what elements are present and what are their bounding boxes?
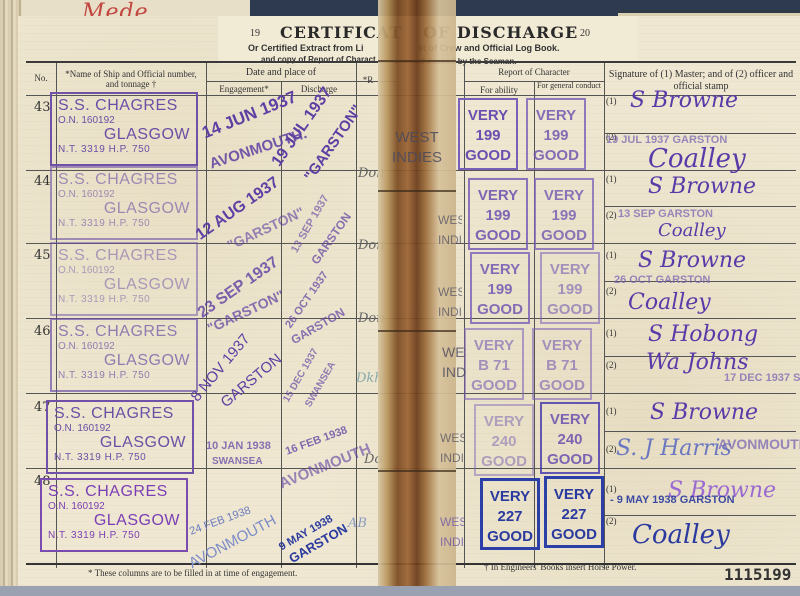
sig-marker-1: (1): [606, 174, 617, 184]
stamp-text: GOOD: [476, 452, 532, 472]
header-report: Report of Character: [466, 67, 602, 77]
voyage-line: INDIES: [440, 448, 464, 468]
ship-stamp: S.S. CHAGRES O.N. 160192 GLASGOW N.T. 33…: [46, 400, 194, 474]
stamp-text: VERY: [547, 485, 601, 505]
stamp-code: 199: [470, 206, 526, 226]
voyage-description: WESTINDIES: [438, 282, 462, 322]
master-signature: S Browne: [638, 248, 746, 273]
voyage-line: INDIES: [392, 148, 442, 168]
stamp-text: VERY: [536, 186, 592, 206]
tonnage: N.T. 3319 H.P. 750: [48, 530, 180, 541]
underlying-page: [0, 586, 800, 596]
voyage-description: WESTINDIES: [440, 428, 464, 468]
sig-marker-1: (1): [606, 250, 617, 260]
rating-entry: AB: [348, 516, 367, 531]
official-number: O.N. 160192: [58, 115, 190, 126]
ship-stamp: S.S. CHAGRES O.N. 160192 GLASGOW N.T. 33…: [50, 242, 198, 316]
footnote-horse-power: † In Engineers' Books insert Horse Power…: [484, 562, 636, 572]
ship-name: S.S. CHAGRES: [58, 247, 190, 265]
ability-stamp: VERY199GOOD: [468, 178, 528, 250]
tonnage: N.T. 3319 H.P. 750: [58, 144, 190, 155]
sig-line: [604, 431, 796, 432]
official-stamp: - 9 MAY 1938 GARSTON: [610, 494, 735, 506]
stamp-code: 227: [547, 505, 601, 525]
stamp-code: 240: [542, 430, 598, 450]
spine-stitch: [378, 330, 456, 332]
subtitle-left: Or Certified Extract from Li: [248, 43, 364, 53]
voyage-line: WEST: [392, 128, 442, 148]
serial-number: 1115199: [724, 565, 791, 584]
spine-stitch: [378, 60, 456, 62]
row-number: 43: [34, 100, 51, 115]
conduct-stamp: VERY227GOOD: [544, 476, 604, 548]
stamp-text: VERY: [466, 336, 522, 356]
official-number: O.N. 160192: [48, 501, 180, 512]
ship-stamp: S.S. CHAGRES O.N. 160192 GLASGOW N.T. 33…: [40, 478, 188, 552]
stamp-code: 227: [483, 507, 537, 527]
ship-name: S.S. CHAGRES: [48, 483, 180, 501]
ship-name: S.S. CHAGRES: [58, 171, 190, 189]
stamp-text: GOOD: [483, 527, 537, 547]
stamp-text: VERY: [534, 336, 590, 356]
sig-marker-1: (1): [606, 406, 617, 416]
ship-stamp: S.S. CHAGRES O.N. 160192 GLASGOW N.T. 33…: [50, 318, 198, 392]
stamp-code: B 71: [534, 356, 590, 376]
voyage-line: INDIES: [442, 362, 466, 382]
officer-signature: Coalley: [632, 520, 730, 550]
officer-signature: Coalley: [628, 290, 711, 315]
stamp-text: GOOD: [470, 226, 526, 246]
engagement-date-stamp: 10 JAN 1938: [206, 440, 271, 452]
ability-stamp: VERY240GOOD: [474, 404, 534, 476]
stamp-text: GOOD: [528, 146, 584, 166]
voyage-line: INDIES: [440, 532, 464, 552]
ship-stamp: S.S. CHAGRES O.N. 160192 GLASGOW N.T. 33…: [50, 166, 198, 240]
officer-signature: Coalley: [658, 220, 726, 241]
port-of-registry: GLASGOW: [58, 352, 190, 370]
voyage-line: WEST: [438, 210, 462, 230]
header-date-place: Date and place of: [206, 68, 356, 78]
stamp-code: 199: [460, 126, 516, 146]
master-signature: S Browne: [648, 174, 756, 199]
sig-marker-2: (2): [606, 516, 617, 526]
ship-name: S.S. CHAGRES: [58, 323, 190, 341]
sig-marker-2: (2): [606, 360, 617, 370]
header-no: No.: [28, 73, 54, 83]
header-rating: *R: [358, 75, 378, 85]
header-ability: For ability: [466, 85, 532, 95]
voyage-description: WESTINDIES: [392, 128, 442, 168]
conduct-stamp: VERY199GOOD: [540, 252, 600, 324]
official-stamp: AVONMOUTH: [718, 436, 800, 452]
ship-name: S.S. CHAGRES: [54, 405, 186, 423]
ship-stamp: S.S. CHAGRES O.N. 160192 GLASGOW N.T. 33…: [50, 92, 198, 166]
voyage-description: WESTINDIES: [442, 342, 466, 382]
port-of-registry: GLASGOW: [58, 276, 190, 294]
official-number: O.N. 160192: [54, 423, 186, 434]
sig-marker-2: (2): [606, 210, 617, 220]
stamp-text: VERY: [542, 260, 598, 280]
officer-signature: S. J Harris: [616, 436, 732, 461]
spine-stitch: [378, 190, 456, 192]
voyage-description: WESTINDIES: [438, 210, 462, 250]
port-of-registry: GLASGOW: [58, 126, 190, 144]
tonnage: N.T. 3319 H.P. 750: [54, 452, 186, 463]
port-of-registry: GLASGOW: [54, 434, 186, 452]
stamp-code: 199: [536, 206, 592, 226]
stamp-code: 240: [476, 432, 532, 452]
year-prefix-left: 19: [250, 28, 260, 39]
year-prefix-right: 20: [580, 28, 590, 39]
voyage-line: INDIES: [438, 302, 462, 322]
footnote-engagement: * These columns are to be filled in at t…: [88, 568, 297, 578]
officer-signature: Coalley: [648, 144, 746, 174]
ability-stamp: VERY227GOOD: [480, 478, 540, 550]
header-conduct: For general conduct: [536, 82, 602, 90]
sig-line: [604, 515, 796, 516]
stamp-text: GOOD: [472, 300, 528, 320]
stamp-text: VERY: [542, 410, 598, 430]
official-stamp: 17 DEC 1937 SWANSEA: [724, 372, 800, 384]
tonnage: N.T. 3319 H.P. 750: [58, 218, 190, 229]
sig-marker-1: (1): [606, 328, 617, 338]
sig-line: [604, 206, 796, 207]
tonnage: N.T. 3319 H.P. 750: [58, 294, 190, 305]
ship-name: S.S. CHAGRES: [58, 97, 190, 115]
row-number: 44: [34, 174, 51, 189]
conduct-stamp: VERY199GOOD: [534, 178, 594, 250]
stamp-text: VERY: [483, 487, 537, 507]
stamp-text: VERY: [528, 106, 584, 126]
stamp-code: 199: [542, 280, 598, 300]
voyage-description: WESTINDIES: [440, 512, 464, 552]
ability-stamp: VERYB 71GOOD: [464, 328, 524, 400]
official-stamp: 26 OCT GARSTON: [614, 274, 710, 286]
stamp-text: VERY: [472, 260, 528, 280]
sig-marker-2: (2): [606, 286, 617, 296]
conduct-stamp: VERY199GOOD: [526, 98, 586, 170]
stamp-text: GOOD: [542, 450, 598, 470]
col-divider: [356, 63, 357, 568]
stamp-text: GOOD: [536, 226, 592, 246]
stamp-text: GOOD: [547, 525, 601, 545]
master-signature: S Hobong: [648, 322, 758, 347]
master-signature: S Browne: [650, 400, 758, 425]
stamp-code: 199: [472, 280, 528, 300]
stamp-text: GOOD: [466, 376, 522, 396]
stamp-code: B 71: [466, 356, 522, 376]
port-of-registry: GLASGOW: [48, 512, 180, 530]
sig-marker-1: (1): [606, 484, 617, 494]
voyage-line: INDIES: [438, 230, 462, 250]
master-signature: S Browne: [630, 88, 738, 113]
spine-stitch: [378, 470, 456, 472]
engagement-place-stamp: SWANSEA: [212, 456, 263, 467]
voyage-line: WEST: [438, 282, 462, 302]
sig-marker-2: (2): [606, 444, 617, 454]
ability-stamp: VERY199GOOD: [458, 98, 518, 170]
stamp-text: VERY: [476, 412, 532, 432]
official-number: O.N. 160192: [58, 265, 190, 276]
voyage-line: WEST: [442, 342, 466, 362]
ability-stamp: VERY199GOOD: [470, 252, 530, 324]
col-divider: [604, 63, 605, 568]
conduct-stamp: VERY240GOOD: [540, 402, 600, 474]
official-stamp: 13 SEP GARSTON: [618, 208, 713, 220]
row-number: 46: [34, 324, 51, 339]
header-ship: *Name of Ship and Official number, and t…: [60, 69, 202, 89]
conduct-stamp: VERYB 71GOOD: [532, 328, 592, 400]
official-number: O.N. 160192: [58, 189, 190, 200]
row-number: 45: [34, 248, 51, 263]
tonnage: N.T. 3319 H.P. 750: [58, 370, 190, 381]
stamp-code: 199: [528, 126, 584, 146]
stamp-text: GOOD: [542, 300, 598, 320]
port-of-registry: GLASGOW: [58, 200, 190, 218]
sig-marker-1: (1): [606, 96, 617, 106]
official-number: O.N. 160192: [58, 341, 190, 352]
stamp-text: GOOD: [460, 146, 516, 166]
voyage-line: WEST: [440, 512, 464, 532]
header-engagement: Engagement*: [208, 84, 280, 94]
stamp-text: GOOD: [534, 376, 590, 396]
stamp-text: VERY: [470, 186, 526, 206]
stamp-text: VERY: [460, 106, 516, 126]
voyage-line: WEST: [440, 428, 464, 448]
